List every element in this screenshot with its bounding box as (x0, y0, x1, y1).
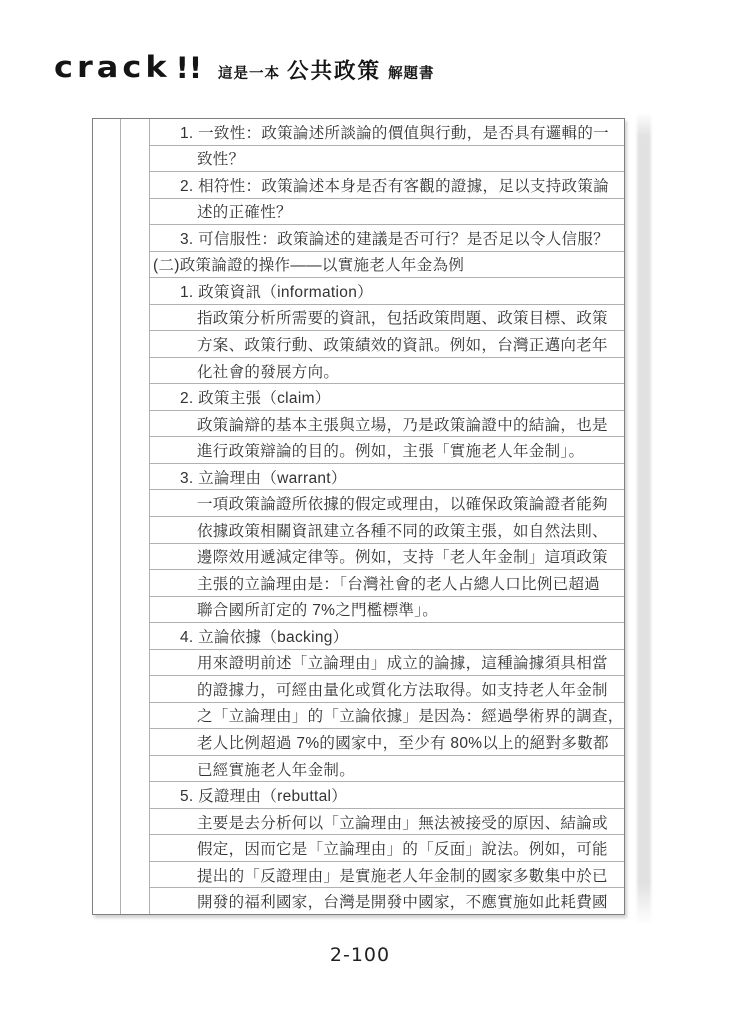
header: crack !! 這是一本 公共政策 解題書 (54, 48, 442, 86)
table-row: 指政策分析所需要的資訊，包括政策問題、政策目標、政策 (150, 305, 624, 332)
table-row: 3. 可信服性：政策論述的建議是否可行？是否足以令人信服？ (150, 225, 624, 252)
content-table: 1. 一致性：政策論述所談論的價值與行動，是否具有邏輯的一致性？2. 相符性：政… (92, 118, 625, 915)
table-row: 開發的福利國家，台灣是開發中國家，不應實施如此耗費國 (150, 888, 624, 914)
table-row: 述的正確性？ (150, 199, 624, 226)
table-row: 的證據力，可經由量化或質化方法取得。如支持老人年金制 (150, 676, 624, 703)
table-row: 用來證明前述「立論理由」成立的論據，這種論據須具相當 (150, 650, 624, 677)
table-row: 已經實施老人年金制。 (150, 756, 624, 783)
table-gutter-inner (121, 119, 150, 914)
table-row: 方案、政策行動、政策績效的資訊。例如，台灣正邁向老年 (150, 331, 624, 358)
content-rows: 1. 一致性：政策論述所談論的價值與行動，是否具有邏輯的一致性？2. 相符性：政… (150, 119, 624, 914)
tagline-suffix: 解題書 (388, 62, 435, 83)
tagline-prefix: 這是一本 (218, 62, 280, 83)
table-row: 3. 立論理由（warrant） (150, 464, 624, 491)
book-page: crack !! 這是一本 公共政策 解題書 1. 一致性：政策論述所談論的價值… (0, 0, 750, 1015)
table-row: 1. 政策資訊（information） (150, 278, 624, 305)
table-row: 致性？ (150, 146, 624, 173)
table-row: 老人比例超過 7%的國家中，至少有 80%以上的絕對多數都 (150, 729, 624, 756)
table-row: 主張的立論理由是：「台灣社會的老人占總人口比例已超過 (150, 570, 624, 597)
table-row: 2. 政策主張（claim） (150, 384, 624, 411)
crack-logo-exclamation: !! (176, 51, 202, 85)
table-row: 化社會的發展方向。 (150, 358, 624, 385)
table-row: 主要是去分析何以「立論理由」無法被接受的原因、結論或 (150, 809, 624, 836)
table-row: 1. 一致性：政策論述所談論的價值與行動，是否具有邏輯的一 (150, 119, 624, 146)
crack-logo: crack (54, 50, 171, 85)
table-row: 4. 立論依據（backing） (150, 623, 624, 650)
table-row: 聯合國所訂定的 7%之門檻標準」。 (150, 597, 624, 624)
page-edge-shadow (637, 112, 651, 924)
table-row: 之「立論理由」的「立論依據」是因為：經過學術界的調查， (150, 703, 624, 730)
table-row: 一項政策論證所依據的假定或理由，以確保政策論證者能夠 (150, 490, 624, 517)
table-row: 提出的「反證理由」是實施老人年金制的國家多數集中於已 (150, 862, 624, 889)
table-row: 進行政策辯論的目的。例如，主張「實施老人年金制」。 (150, 437, 624, 464)
table-row: 假定，因而它是「立論理由」的「反面」說法。例如，可能 (150, 835, 624, 862)
tagline-subject: 公共政策 (287, 54, 381, 85)
table-row: 依據政策相關資訊建立各種不同的政策主張，如自然法則、 (150, 517, 624, 544)
table-row: 5. 反證理由（rebuttal） (150, 782, 624, 809)
table-gutter-outer (93, 119, 121, 914)
table-row: 邊際效用遞減定律等。例如，支持「老人年金制」這項政策 (150, 544, 624, 571)
table-row: 2. 相符性：政策論述本身是否有客觀的證據，足以支持政策論 (150, 172, 624, 199)
table-row: 政策論辯的基本主張與立場，乃是政策論證中的結論，也是 (150, 411, 624, 438)
page-number: 2-100 (0, 944, 720, 966)
table-row: (二)政策論證的操作——以實施老人年金為例 (150, 252, 624, 279)
